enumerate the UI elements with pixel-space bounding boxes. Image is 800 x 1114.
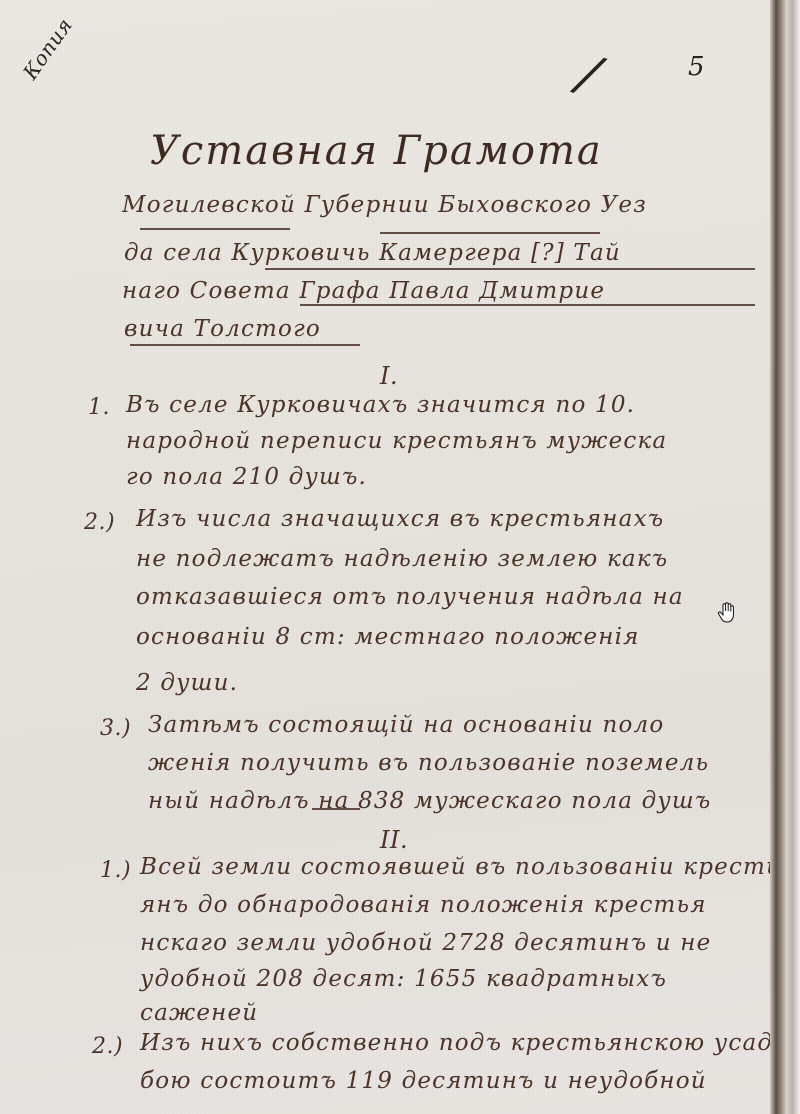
item-number: 2.)	[84, 510, 115, 535]
item-line: нскаго земли удобной 2728 десятинъ и не	[140, 930, 711, 956]
item-line: не подлежатъ надѣленію землею какъ	[136, 546, 668, 572]
underline-838	[312, 808, 360, 810]
section-numeral-1: I.	[380, 362, 398, 390]
item-line: ный надѣлъ на 838 мужескаго пола душъ	[148, 788, 711, 814]
underline	[130, 344, 360, 346]
item-line: Въ селе Курковичахъ значится по 10.	[126, 392, 635, 418]
margin-note-copy: Копия	[18, 13, 77, 83]
item-line: женія получить въ пользованіе поземель	[148, 750, 709, 776]
item-line: го пола 210 душъ.	[126, 464, 367, 490]
underline	[140, 228, 290, 230]
item-line: Изъ нихъ собственно подъ крестьянскою ус…	[140, 1030, 780, 1056]
item-line: основаніи 8 ст: местнаго положенія	[136, 624, 640, 650]
document-title: Уставная Грамота	[150, 128, 603, 174]
item-line: 2 души.	[136, 670, 238, 696]
item-number: 2.)	[92, 1034, 123, 1059]
section-numeral-2: II.	[380, 826, 408, 854]
item-line: саженей	[140, 1000, 258, 1026]
item-line: Изъ числа значащихся въ крестьянахъ	[136, 506, 664, 532]
underline	[265, 268, 755, 270]
book-binding-edge	[770, 0, 800, 1114]
item-line: народной переписи крестьянъ мужеска	[126, 428, 667, 454]
item-line: отказавшіеся отъ получения надѣла на	[136, 584, 684, 610]
item-line: Затѣмъ состоящій на основаніи поло	[148, 712, 664, 738]
header-line-1: Могилевской Губернии Быховского Уез	[122, 192, 647, 218]
underline	[300, 304, 755, 306]
item-number: 1.)	[100, 858, 131, 883]
header-line-3: наго Совета Графа Павла Дмитрие	[122, 278, 605, 304]
folio-number: 5	[688, 52, 705, 82]
item-number: 3.)	[100, 716, 131, 741]
header-line-4: вича Толстого	[124, 316, 321, 342]
hand-cursor-icon	[717, 602, 737, 624]
header-line-2: да села Курковичь Камергера [?] Тай	[124, 240, 621, 266]
item-line: янъ до обнародованія положенія крестья	[140, 892, 707, 918]
item-line: бою состоитъ 119 десятинъ и неудобной	[140, 1068, 707, 1094]
underline	[380, 232, 600, 234]
item-number: 1.	[88, 395, 110, 420]
item-line: Всей земли состоявшей въ пользованіи кре…	[140, 854, 780, 880]
item-line: удобной 208 десят: 1655 квадратныхъ	[140, 966, 667, 992]
document-page: Копия / 5 Уставная Грамота Могилевской Г…	[0, 0, 780, 1114]
folio-mark: /	[571, 44, 607, 107]
